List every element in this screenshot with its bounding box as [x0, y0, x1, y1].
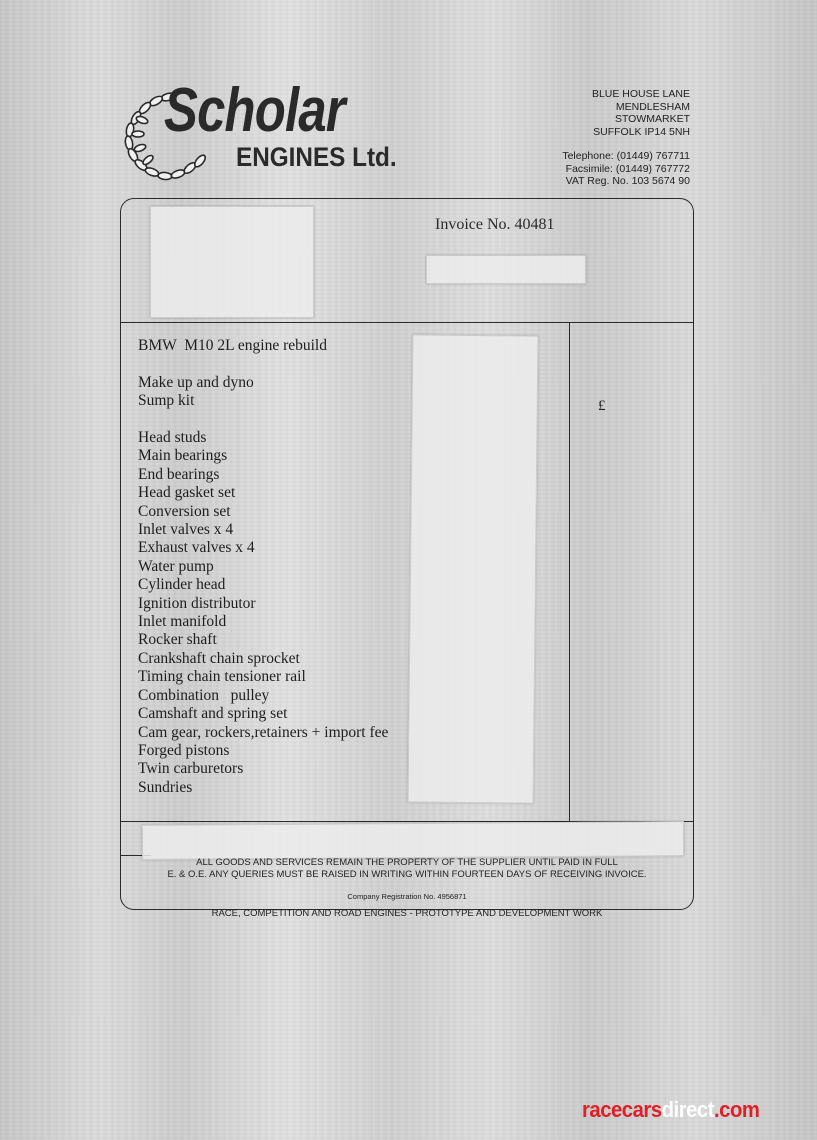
watermark-part: .com — [714, 1097, 759, 1122]
terms-line: ALL GOODS AND SERVICES REMAIN THE PROPER… — [120, 857, 694, 869]
job-title: BMW M10 2L engine rebuild — [138, 337, 388, 355]
line-item: Camshaft and spring set — [138, 705, 388, 723]
redacted-total — [142, 821, 684, 860]
line-item: End bearings — [138, 466, 388, 484]
line-item: Sundries — [138, 779, 388, 797]
line-item: Head gasket set — [138, 484, 388, 502]
line-item: Rocker shaft — [138, 631, 388, 649]
invoice-number: Invoice No. 40481 — [435, 216, 555, 234]
watermark-part: direct — [662, 1097, 714, 1122]
line-item: Inlet valves x 4 — [138, 521, 388, 539]
currency-symbol: £ — [598, 398, 606, 415]
terms: ALL GOODS AND SERVICES REMAIN THE PROPER… — [120, 857, 694, 881]
line-item: Crankshaft chain sprocket — [138, 650, 388, 668]
line-item: Sump kit — [138, 392, 388, 410]
terms-line: E. & O.E. ANY QUERIES MUST BE RAISED IN … — [120, 869, 694, 881]
logo-subtitle: ENGINES Ltd. — [236, 144, 397, 171]
line-item: Forged pistons — [138, 742, 388, 760]
line-items: BMW M10 2L engine rebuild Make up and dy… — [138, 337, 388, 797]
line-item: Ignition distributor — [138, 595, 388, 613]
line-item: Make up and dyno — [138, 374, 388, 392]
line-item: Timing chain tensioner rail — [138, 668, 388, 686]
line-item: Head studs — [138, 429, 388, 447]
redacted-line-prices — [408, 334, 539, 803]
vat-number: VAT Reg. No. 103 5674 90 — [562, 175, 690, 188]
company-logo: Scholar ENGINES Ltd. — [118, 80, 418, 180]
address-line: MENDLESHAM — [562, 101, 690, 114]
company-registration: Company Registration No. 4956871 — [120, 892, 694, 901]
amount-column-divider — [569, 322, 570, 822]
line-item: Inlet manifold — [138, 613, 388, 631]
line-item: Twin carburetors — [138, 760, 388, 778]
racecarsdirect-watermark: racecarsdirect.com — [582, 1097, 759, 1123]
redacted-invoice-date — [426, 255, 586, 284]
redacted-customer-address — [150, 206, 314, 318]
line-item: Exhaust valves x 4 — [138, 539, 388, 557]
line-item: Combination pulley — [138, 687, 388, 705]
telephone: Telephone: (01449) 767711 — [562, 150, 690, 163]
company-tagline: RACE, COMPETITION AND ROAD ENGINES - PRO… — [120, 908, 694, 919]
line-item: Main bearings — [138, 447, 388, 465]
facsimile: Facsimile: (01449) 767772 — [562, 163, 690, 176]
header-divider — [121, 322, 693, 323]
line-item: Water pump — [138, 558, 388, 576]
line-item: Cylinder head — [138, 576, 388, 594]
address-line: BLUE HOUSE LANE — [562, 88, 690, 101]
watermark-part: racecars — [582, 1097, 662, 1122]
company-address: BLUE HOUSE LANE MENDLESHAM STOWMARKET SU… — [562, 88, 690, 188]
line-item: Cam gear, rockers,retainers + import fee — [138, 724, 388, 742]
logo-wordmark: Scholar — [164, 80, 345, 142]
address-line: SUFFOLK IP14 5NH — [562, 126, 690, 139]
address-line: STOWMARKET — [562, 113, 690, 126]
line-item: Conversion set — [138, 503, 388, 521]
